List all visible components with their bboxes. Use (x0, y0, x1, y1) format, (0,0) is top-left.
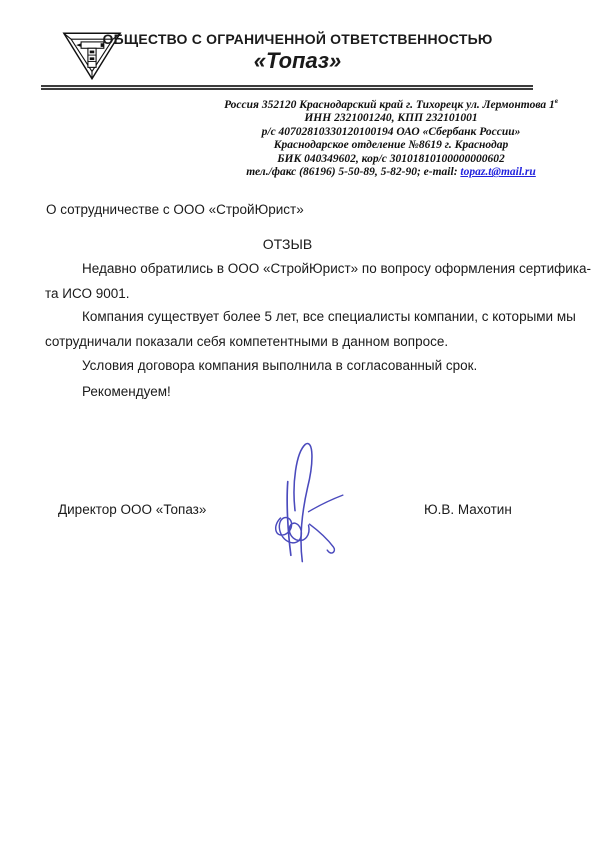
header-divider (41, 85, 533, 90)
email-link[interactable]: topaz.t@mail.ru (460, 166, 535, 178)
paragraph-1-line-2: та ИСО 9001. (45, 286, 129, 301)
paragraph-3: Условия договора компания выполнила в со… (82, 358, 477, 373)
org-type-heading: ОБЩЕСТВО С ОГРАНИЧЕННОЙ ОТВЕТСТВЕННОСТЬЮ (0, 31, 595, 47)
signature-name: Ю.В. Махотин (424, 502, 512, 517)
org-name-heading: «Топаз» (0, 48, 595, 74)
paragraph-2-line-1: Компания существует более 5 лет, все спе… (82, 309, 576, 324)
paragraph-2-line-2: сотрудничали показали себя компетентными… (45, 334, 448, 349)
requisites-inn-kpp: ИНН 2321001240, КПП 232101001 (201, 112, 581, 126)
signature-ink (250, 438, 365, 573)
signature-position-label: Директор ООО «Топаз» (58, 502, 206, 517)
requisites-address: Россия 352120 Краснодарский край г. Тихо… (201, 95, 581, 112)
review-title: ОТЗЫВ (0, 236, 575, 252)
requisites-address-sup: в (555, 97, 558, 105)
company-requisites: Россия 352120 Краснодарский край г. Тихо… (201, 95, 581, 180)
requisites-account: р/с 40702810330120100194 ОАО «Сбербанк Р… (201, 126, 581, 140)
requisites-address-text: Россия 352120 Краснодарский край г. Тихо… (224, 99, 555, 111)
paragraph-1-line-1: Недавно обратились в ООО «СтройЮрист» по… (82, 261, 591, 276)
requisites-phone: тел./факс (86196) 5-50-89, 5-82-90; e-ma… (201, 166, 581, 180)
requisites-bik: БИК 040349602, кор/с 3010181010000000060… (201, 153, 581, 167)
requisites-phone-text: тел./факс (86196) 5-50-89, 5-82-90; e-ma… (246, 166, 460, 178)
paragraph-4: Рекомендуем! (82, 384, 171, 399)
requisites-branch: Краснодарское отделение №8619 г. Краснод… (201, 139, 581, 153)
subject-line: О сотрудничестве с ООО «СтройЮрист» (46, 202, 304, 217)
letter-page: ОБЩЕСТВО С ОГРАНИЧЕННОЙ ОТВЕТСТВЕННОСТЬЮ… (0, 0, 595, 841)
